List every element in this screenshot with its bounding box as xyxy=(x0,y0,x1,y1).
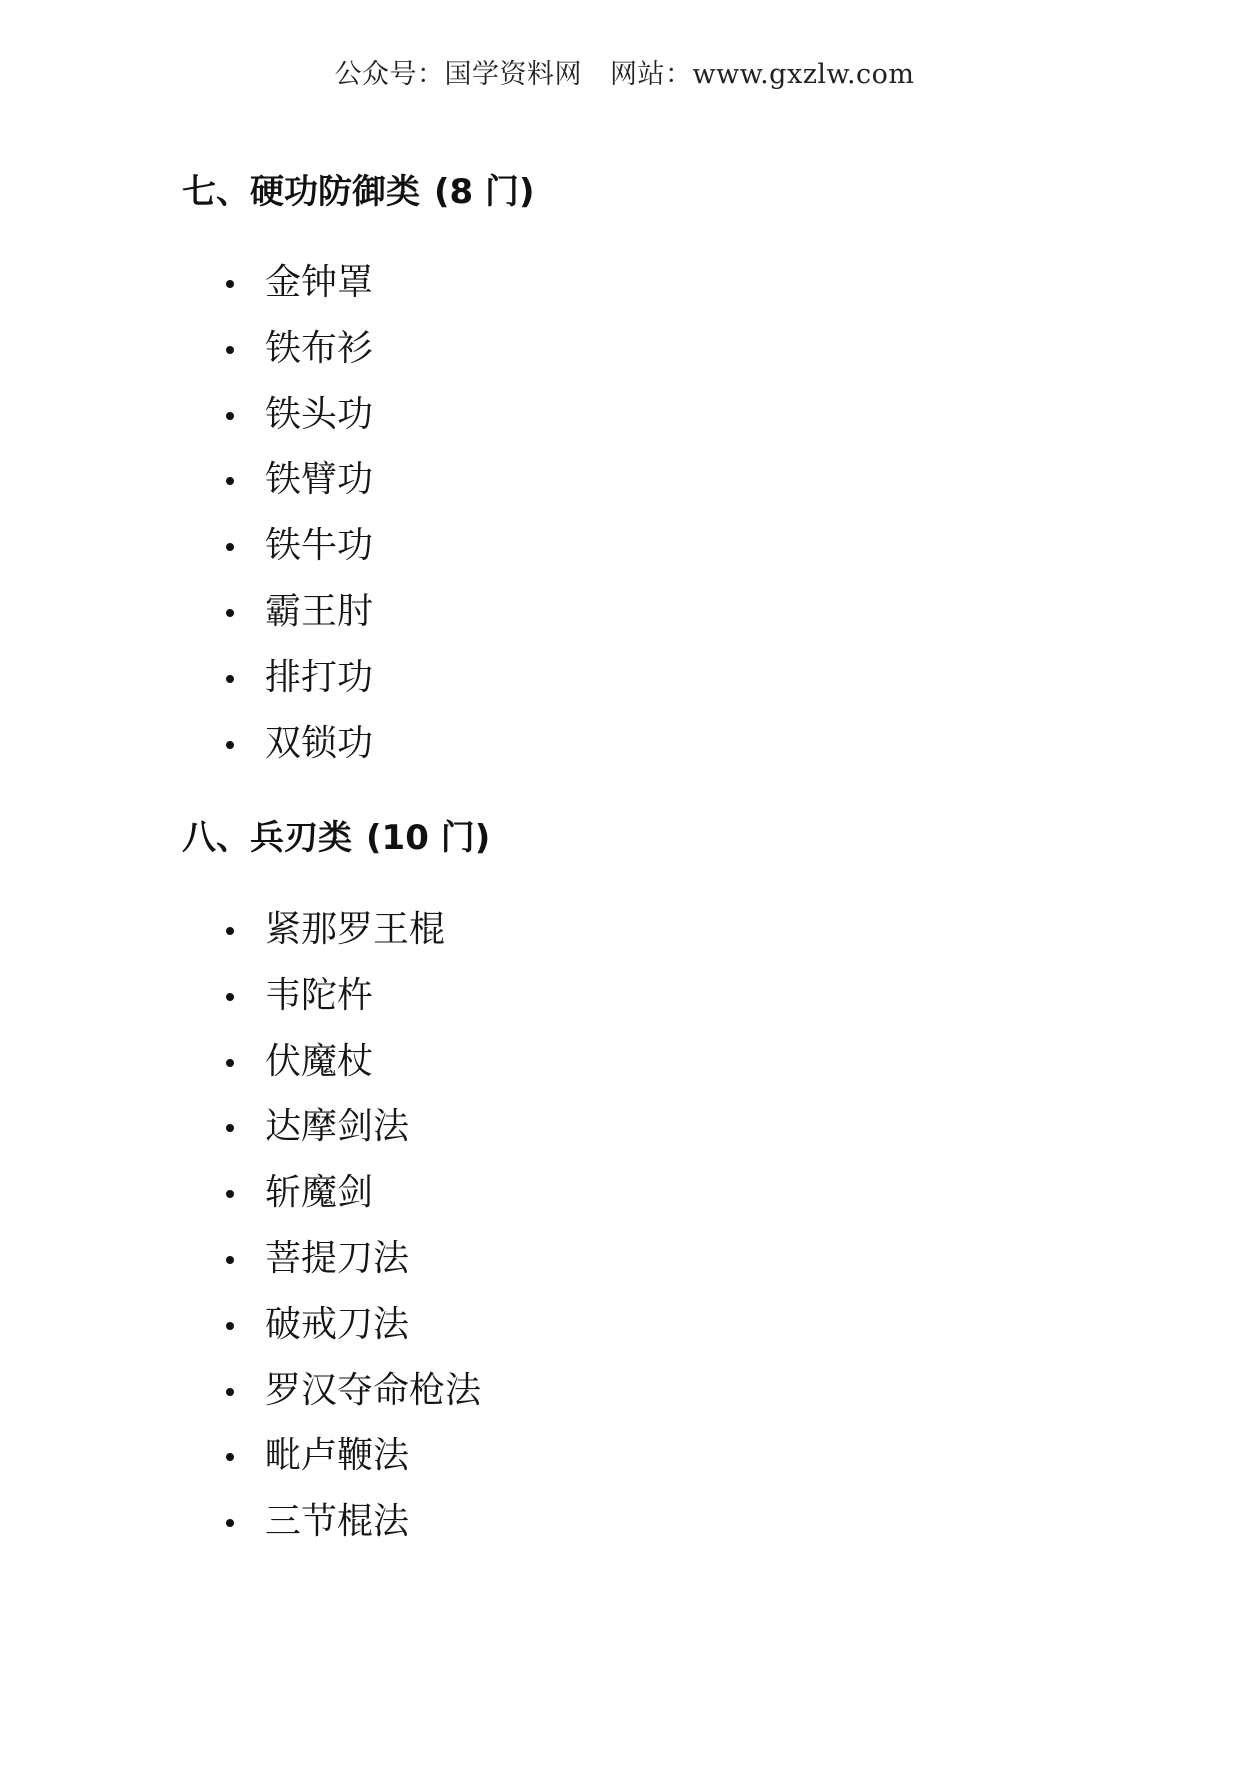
list-item-label: 斩魔剑 xyxy=(265,1160,373,1226)
section-count: (8 门) xyxy=(434,172,535,212)
list-item-label: 金钟罩 xyxy=(265,250,373,316)
list-item-label: 破戒刀法 xyxy=(265,1292,409,1358)
bullet-icon xyxy=(226,1059,234,1067)
bullet-icon xyxy=(226,741,234,749)
list-item-label: 霸王肘 xyxy=(265,579,373,645)
bullet-icon xyxy=(226,609,234,617)
list-item-label: 达摩剑法 xyxy=(265,1094,409,1160)
bullet-icon xyxy=(226,280,234,288)
wechat-account-label: 公众号：国学资料网 xyxy=(334,59,582,90)
section-heading-weapons: 八、兵刃类(10 门) xyxy=(182,810,490,859)
list-item-label: 罗汉夺命枪法 xyxy=(265,1358,481,1424)
section-title: 七、硬功防御类 xyxy=(182,172,420,212)
list-item-label: 菩提刀法 xyxy=(265,1226,409,1292)
section-heading-hard-defense: 七、硬功防御类(8 门) xyxy=(182,164,535,213)
section-title: 八、兵刃类 xyxy=(182,818,352,858)
bullet-icon xyxy=(226,1453,234,1461)
list-item-label: 双锁功 xyxy=(265,711,373,777)
list-item-label: 铁牛功 xyxy=(265,513,373,579)
bullet-icon xyxy=(226,1256,234,1264)
bullet-icon xyxy=(226,993,234,1001)
list-item-label: 铁头功 xyxy=(265,382,373,448)
list-item-label: 三节棍法 xyxy=(265,1489,409,1555)
list-item-label: 紧那罗王棍 xyxy=(265,897,445,963)
bullet-icon xyxy=(226,412,234,420)
list-item-label: 铁布衫 xyxy=(265,316,373,382)
list-item-label: 伏魔杖 xyxy=(265,1029,373,1095)
page-header: 公众号：国学资料网网站：www.gxzlw.com xyxy=(0,52,1249,91)
bullet-icon xyxy=(226,1388,234,1396)
bullet-icon xyxy=(226,1124,234,1132)
list-item-label: 铁臂功 xyxy=(265,447,373,513)
bullet-icon xyxy=(226,543,234,551)
bullet-icon xyxy=(226,346,234,354)
list-item-label: 排打功 xyxy=(265,645,373,711)
website-label: 网站：www.gxzlw.com xyxy=(610,59,915,90)
bullet-icon xyxy=(226,675,234,683)
list-item-label: 毗卢鞭法 xyxy=(265,1423,409,1489)
bullet-icon xyxy=(226,1519,234,1527)
bullet-icon xyxy=(226,927,234,935)
list-item-label: 韦陀杵 xyxy=(265,963,373,1029)
bullet-icon xyxy=(226,1190,234,1198)
section-count: (10 门) xyxy=(366,818,490,858)
bullet-icon xyxy=(226,1322,234,1330)
bullet-icon xyxy=(226,477,234,485)
